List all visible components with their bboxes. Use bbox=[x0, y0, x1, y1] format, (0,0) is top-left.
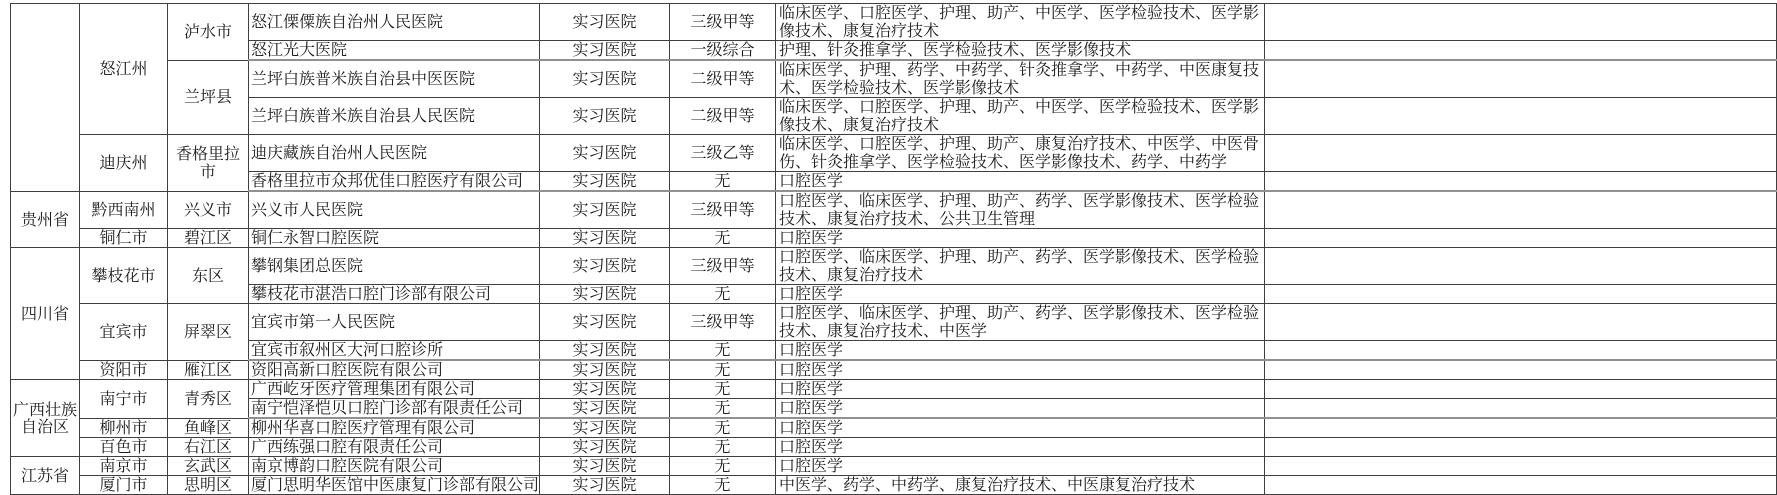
cell-prefecture[interactable]: 百色市 bbox=[79, 438, 167, 457]
cell-grade[interactable]: 三级甲等 bbox=[669, 248, 775, 285]
cell-grade[interactable]: 一级综合 bbox=[669, 41, 775, 61]
table-row: 兰坪县兰坪白族普米族自治县中医医院实习医院二级甲等临床医学、护理、药学、中药学、… bbox=[11, 60, 1777, 98]
cell-empty[interactable] bbox=[1264, 41, 1776, 61]
cell-type[interactable]: 实习医院 bbox=[539, 438, 669, 457]
cell-grade[interactable]: 无 bbox=[669, 172, 775, 192]
cell-majors[interactable]: 口腔医学 bbox=[775, 341, 1264, 361]
cell-prefecture[interactable]: 南京市 bbox=[79, 457, 167, 476]
table-row: 怒江州泸水市怒江傈僳族自治州人民医院实习医院三级甲等临床医学、口腔医学、护理、助… bbox=[11, 4, 1777, 41]
cell-type[interactable]: 实习医院 bbox=[539, 418, 669, 438]
cell-hospital[interactable]: 广西练强口腔有限责任公司 bbox=[248, 438, 539, 457]
table-row: 贵州省黔西南州兴义市兴义市人民医院实习医院三级甲等口腔医学、临床医学、护理、助产… bbox=[11, 191, 1777, 229]
cell-grade[interactable]: 无 bbox=[669, 476, 775, 495]
table-row: 百色市右江区广西练强口腔有限责任公司实习医院无口腔医学 bbox=[11, 438, 1777, 457]
cell-majors[interactable]: 口腔医学 bbox=[775, 285, 1264, 304]
cell-type[interactable]: 实习医院 bbox=[539, 60, 669, 98]
cell-majors[interactable]: 临床医学、口腔医学、护理、助产、中医学、医学检验技术、医学影像技术、康复治疗技术 bbox=[775, 98, 1264, 135]
cell-grade[interactable]: 无 bbox=[669, 229, 775, 248]
table-row: 怒江光大医院实习医院一级综合护理、针灸推拿学、医学检验技术、医学影像技术 bbox=[11, 41, 1777, 61]
cell-type[interactable]: 实习医院 bbox=[539, 135, 669, 172]
table-row: 铜仁市碧江区铜仁永智口腔医院实习医院无口腔医学 bbox=[11, 229, 1777, 248]
cell-prefecture[interactable]: 铜仁市 bbox=[79, 229, 167, 248]
cell-empty[interactable] bbox=[1264, 60, 1776, 98]
cell-hospital[interactable]: 资阳高新口腔医院有限公司 bbox=[248, 360, 539, 380]
cell-grade[interactable]: 三级甲等 bbox=[669, 191, 775, 229]
cell-county[interactable]: 玄武区 bbox=[167, 457, 248, 476]
cell-empty[interactable] bbox=[1264, 438, 1776, 457]
cell-grade[interactable]: 无 bbox=[669, 418, 775, 438]
cell-empty[interactable] bbox=[1264, 476, 1776, 495]
cell-empty[interactable] bbox=[1264, 229, 1776, 248]
cell-grade[interactable]: 无 bbox=[669, 380, 775, 399]
cell-type[interactable]: 实习医院 bbox=[539, 380, 669, 399]
cell-empty[interactable] bbox=[1264, 380, 1776, 399]
cell-prefecture[interactable]: 迪庆州 bbox=[79, 135, 167, 192]
cell-hospital[interactable]: 攀钢集团总医院 bbox=[248, 248, 539, 285]
table-sheet: 怒江州泸水市怒江傈僳族自治州人民医院实习医院三级甲等临床医学、口腔医学、护理、助… bbox=[10, 3, 1777, 495]
cell-majors[interactable]: 口腔医学 bbox=[775, 229, 1264, 248]
cell-province[interactable]: 四川省 bbox=[11, 248, 80, 380]
table-row: 迪庆州香格里拉市迪庆藏族自治州人民医院实习医院三级乙等临床医学、口腔医学、护理、… bbox=[11, 135, 1777, 172]
cell-majors[interactable]: 临床医学、口腔医学、护理、助产、康复治疗技术、中医学、中医骨伤、针灸推拿学、医学… bbox=[775, 135, 1264, 172]
cell-empty[interactable] bbox=[1264, 399, 1776, 419]
cell-hospital[interactable]: 兰坪白族普米族自治县中医医院 bbox=[248, 60, 539, 98]
cell-empty[interactable] bbox=[1264, 285, 1776, 304]
cell-county[interactable]: 思明区 bbox=[167, 476, 248, 495]
cell-empty[interactable] bbox=[1264, 135, 1776, 172]
cell-grade[interactable]: 无 bbox=[669, 360, 775, 380]
cell-type[interactable]: 实习医院 bbox=[539, 41, 669, 61]
cell-hospital[interactable]: 南宁恺泽恺贝口腔门诊部有限责任公司 bbox=[248, 399, 539, 419]
table-row: 广西壮族自治区南宁市青秀区广西屹牙医疗管理集团有限公司实习医院无口腔医学 bbox=[11, 380, 1777, 399]
cell-prefecture[interactable]: 南宁市 bbox=[79, 380, 167, 419]
table-row: 攀枝花市湛浩口腔门诊部有限公司实习医院无口腔医学 bbox=[11, 285, 1777, 304]
cell-majors[interactable]: 口腔医学 bbox=[775, 360, 1264, 380]
cell-grade[interactable]: 三级甲等 bbox=[669, 4, 775, 41]
cell-type[interactable]: 实习医院 bbox=[539, 98, 669, 135]
cell-type[interactable]: 实习医院 bbox=[539, 191, 669, 229]
cell-prefecture[interactable]: 宜宾市 bbox=[79, 304, 167, 361]
cell-hospital[interactable]: 宜宾市叙州区大河口腔诊所 bbox=[248, 341, 539, 361]
cell-hospital[interactable]: 兴义市人民医院 bbox=[248, 191, 539, 229]
cell-type[interactable]: 实习医院 bbox=[539, 341, 669, 361]
cell-prefecture[interactable]: 厦门市 bbox=[79, 476, 167, 495]
table-row: 宜宾市屏翠区宜宾市第一人民医院实习医院三级甲等口腔医学、临床医学、护理、助产、药… bbox=[11, 304, 1777, 341]
cell-type[interactable]: 实习医院 bbox=[539, 360, 669, 380]
cell-prefecture[interactable]: 攀枝花市 bbox=[79, 248, 167, 304]
cell-empty[interactable] bbox=[1264, 457, 1776, 476]
cell-prefecture[interactable]: 黔西南州 bbox=[79, 191, 167, 229]
table-row: 柳州市鱼峰区柳州华喜口腔医疗管理有限公司实习医院无口腔医学 bbox=[11, 418, 1777, 438]
cell-grade[interactable]: 二级甲等 bbox=[669, 98, 775, 135]
cell-empty[interactable] bbox=[1264, 98, 1776, 135]
cell-county[interactable]: 碧江区 bbox=[167, 229, 248, 248]
cell-county[interactable]: 兴义市 bbox=[167, 191, 248, 229]
cell-type[interactable]: 实习医院 bbox=[539, 285, 669, 304]
table-row: 资阳市雁江区资阳高新口腔医院有限公司实习医院无口腔医学 bbox=[11, 360, 1777, 380]
cell-grade[interactable]: 无 bbox=[669, 341, 775, 361]
cell-majors[interactable]: 中医学、药学、中药学、康复治疗技术、中医康复治疗技术 bbox=[775, 476, 1264, 495]
cell-county[interactable]: 屏翠区 bbox=[167, 304, 248, 361]
cell-empty[interactable] bbox=[1264, 304, 1776, 341]
cell-empty[interactable] bbox=[1264, 418, 1776, 438]
cell-empty[interactable] bbox=[1264, 191, 1776, 229]
cell-type[interactable]: 实习医院 bbox=[539, 476, 669, 495]
cell-type[interactable]: 实习医院 bbox=[539, 248, 669, 285]
table-row: 兰坪白族普米族自治县人民医院实习医院二级甲等临床医学、口腔医学、护理、助产、中医… bbox=[11, 98, 1777, 135]
cell-grade[interactable]: 无 bbox=[669, 399, 775, 419]
cell-majors[interactable]: 临床医学、护理、药学、中药学、针灸推拿学、中药学、中医康复技术、医学检验技术、医… bbox=[775, 60, 1264, 98]
cell-type[interactable]: 实习医院 bbox=[539, 229, 669, 248]
cell-county[interactable]: 右江区 bbox=[167, 438, 248, 457]
cell-county[interactable]: 兰坪县 bbox=[167, 60, 248, 135]
cell-empty[interactable] bbox=[1264, 4, 1776, 41]
cell-majors[interactable]: 口腔医学 bbox=[775, 399, 1264, 419]
cell-hospital[interactable]: 厦门思明华医馆中医康复门诊部有限公司 bbox=[248, 476, 539, 495]
cell-county[interactable]: 东区 bbox=[167, 248, 248, 304]
cell-majors[interactable]: 口腔医学 bbox=[775, 457, 1264, 476]
cell-hospital[interactable]: 广西屹牙医疗管理集团有限公司 bbox=[248, 380, 539, 399]
cell-hospital[interactable]: 迪庆藏族自治州人民医院 bbox=[248, 135, 539, 172]
cell-county[interactable]: 鱼峰区 bbox=[167, 418, 248, 438]
table-row: 四川省攀枝花市东区攀钢集团总医院实习医院三级甲等口腔医学、临床医学、护理、助产、… bbox=[11, 248, 1777, 285]
cell-majors[interactable]: 口腔医学、临床医学、护理、助产、药学、医学影像技术、医学检验技术、康复治疗技术、… bbox=[775, 304, 1264, 341]
cell-province[interactable]: 江苏省 bbox=[11, 457, 80, 495]
cell-grade[interactable]: 三级甲等 bbox=[669, 304, 775, 341]
cell-majors[interactable]: 口腔医学、临床医学、护理、助产、药学、医学影像技术、医学检验技术、康复治疗技术、… bbox=[775, 191, 1264, 229]
cell-hospital[interactable]: 怒江光大医院 bbox=[248, 41, 539, 61]
cell-grade[interactable]: 无 bbox=[669, 285, 775, 304]
cell-type[interactable]: 实习医院 bbox=[539, 4, 669, 41]
cell-hospital[interactable]: 铜仁永智口腔医院 bbox=[248, 229, 539, 248]
table-row: 南宁恺泽恺贝口腔门诊部有限责任公司实习医院无口腔医学 bbox=[11, 399, 1777, 419]
cell-empty[interactable] bbox=[1264, 341, 1776, 361]
table-row: 厦门市思明区厦门思明华医馆中医康复门诊部有限公司实习医院无中医学、药学、中药学、… bbox=[11, 476, 1777, 495]
cell-grade[interactable]: 三级乙等 bbox=[669, 135, 775, 172]
cell-grade[interactable]: 无 bbox=[669, 438, 775, 457]
cell-hospital[interactable]: 南京博韵口腔医院有限公司 bbox=[248, 457, 539, 476]
cell-grade[interactable]: 无 bbox=[669, 457, 775, 476]
cell-hospital[interactable]: 宜宾市第一人民医院 bbox=[248, 304, 539, 341]
cell-type[interactable]: 实习医院 bbox=[539, 172, 669, 192]
table-row: 宜宾市叙州区大河口腔诊所实习医院无口腔医学 bbox=[11, 341, 1777, 361]
cell-county[interactable]: 泸水市 bbox=[167, 4, 248, 61]
hospital-table-body: 怒江州泸水市怒江傈僳族自治州人民医院实习医院三级甲等临床医学、口腔医学、护理、助… bbox=[11, 4, 1777, 495]
cell-county[interactable]: 青秀区 bbox=[167, 380, 248, 419]
cell-prefecture[interactable]: 怒江州 bbox=[79, 4, 167, 135]
table-row: 江苏省南京市玄武区南京博韵口腔医院有限公司实习医院无口腔医学 bbox=[11, 457, 1777, 476]
cell-majors[interactable]: 口腔医学 bbox=[775, 438, 1264, 457]
cell-hospital[interactable]: 柳州华喜口腔医疗管理有限公司 bbox=[248, 418, 539, 438]
cell-majors[interactable]: 口腔医学 bbox=[775, 172, 1264, 192]
cell-majors[interactable]: 口腔医学、临床医学、护理、助产、药学、医学影像技术、医学检验技术、康复治疗技术 bbox=[775, 248, 1264, 285]
cell-province[interactable] bbox=[11, 4, 80, 192]
table-row: 香格里拉市众邦优佳口腔医疗有限公司实习医院无口腔医学 bbox=[11, 172, 1777, 192]
cell-hospital[interactable]: 怒江傈僳族自治州人民医院 bbox=[248, 4, 539, 41]
cell-hospital[interactable]: 香格里拉市众邦优佳口腔医疗有限公司 bbox=[248, 172, 539, 192]
cell-county[interactable]: 雁江区 bbox=[167, 360, 248, 380]
cell-empty[interactable] bbox=[1264, 248, 1776, 285]
cell-hospital[interactable]: 兰坪白族普米族自治县人民医院 bbox=[248, 98, 539, 135]
cell-empty[interactable] bbox=[1264, 172, 1776, 192]
cell-hospital[interactable]: 攀枝花市湛浩口腔门诊部有限公司 bbox=[248, 285, 539, 304]
cell-type[interactable]: 实习医院 bbox=[539, 304, 669, 341]
cell-type[interactable]: 实习医院 bbox=[539, 399, 669, 419]
cell-majors[interactable]: 护理、针灸推拿学、医学检验技术、医学影像技术 bbox=[775, 41, 1264, 61]
cell-prefecture[interactable]: 柳州市 bbox=[79, 418, 167, 438]
cell-prefecture[interactable]: 资阳市 bbox=[79, 360, 167, 380]
cell-majors[interactable]: 临床医学、口腔医学、护理、助产、中医学、医学检验技术、医学影像技术、康复治疗技术 bbox=[775, 4, 1264, 41]
cell-province[interactable]: 广西壮族自治区 bbox=[11, 380, 80, 457]
cell-county[interactable]: 香格里拉市 bbox=[167, 135, 248, 192]
cell-grade[interactable]: 二级甲等 bbox=[669, 60, 775, 98]
cell-province[interactable]: 贵州省 bbox=[11, 191, 80, 248]
cell-type[interactable]: 实习医院 bbox=[539, 457, 669, 476]
cell-majors[interactable]: 口腔医学 bbox=[775, 380, 1264, 399]
cell-majors[interactable]: 口腔医学 bbox=[775, 418, 1264, 438]
hospital-table: 怒江州泸水市怒江傈僳族自治州人民医院实习医院三级甲等临床医学、口腔医学、护理、助… bbox=[10, 3, 1777, 495]
cell-empty[interactable] bbox=[1264, 360, 1776, 380]
